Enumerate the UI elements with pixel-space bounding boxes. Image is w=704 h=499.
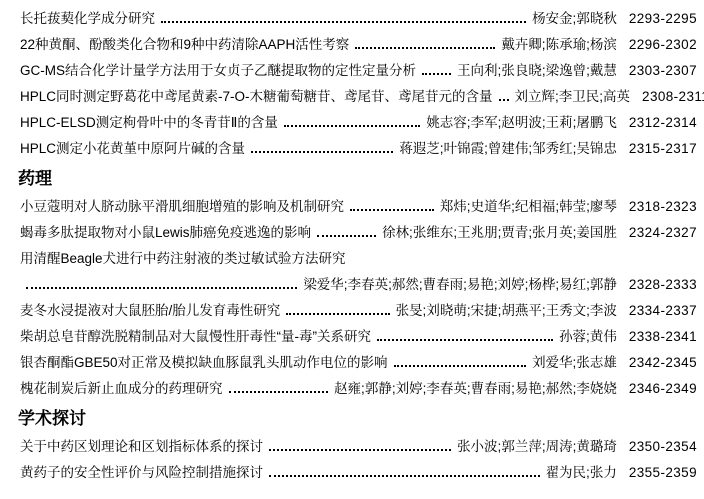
toc-entry: 小豆蔻明对人脐动脉平滑肌细胞增殖的影响及机制研究郑炜;史道华;纪相福;韩莹;廖琴… [20, 194, 697, 220]
toc-entry: HPLC同时测定野葛花中鸢尾黄素-7-O-木糖葡萄糖苷、鸢尾苷、鸢尾苷元的含量刘… [20, 84, 697, 110]
dot-leader [499, 89, 509, 101]
dot-leader [229, 381, 329, 393]
dot-leader [284, 115, 420, 127]
dot-leader [350, 199, 434, 211]
entry-authors: 张旻;刘晓萌;宋捷;胡燕平;王秀文;李波 [396, 298, 617, 324]
entry-authors: 蒋遐芝;叶锦霞;曾建伟;邹秀红;吴锦忠 [399, 136, 617, 162]
entry-pages: 2355-2359 [629, 460, 697, 486]
toc-entry: 柴胡总皂苷醇洗脱精制品对大鼠慢性肝毒性“量-毒”关系研究孙蓉;黄伟2338-23… [20, 324, 697, 350]
entry-pages: 2318-2323 [629, 194, 697, 220]
toc-entry: 蝎毒多肽提取物对小鼠Lewis肺癌免疫逃逸的影响徐林;张维东;王兆朋;贾青;张月… [20, 220, 697, 246]
entry-authors: 刘立辉;李卫民;高英 [515, 84, 631, 110]
entry-authors: 翟为民;张力 [546, 460, 617, 486]
toc-entry: 黄药子的安全性评价与风险控制措施探讨翟为民;张力2355-2359 [20, 460, 697, 486]
dot-leader [377, 329, 553, 341]
entry-title: 银杏酮酯GBE50对正常及模拟缺血豚鼠乳头肌动作电位的影响 [20, 350, 388, 376]
entry-title: 用清醒Beagle犬进行中药注射液的类过敏试验方法研究 [20, 246, 346, 272]
toc-entry: 长托菝葜化学成分研究杨安金;郭晓秋2293-2295 [20, 6, 697, 32]
entry-pages: 2296-2302 [629, 32, 697, 58]
entry-title: 柴胡总皂苷醇洗脱精制品对大鼠慢性肝毒性“量-毒”关系研究 [20, 324, 371, 350]
entry-authors: 杨安金;郭晓秋 [532, 6, 617, 32]
section-header: 学术探讨 [18, 409, 697, 429]
dot-leader [355, 37, 495, 49]
toc-entry: 22种黄酮、酚酸类化合物和9种中药清除AAPH活性考察戴卉卿;陈承瑜;杨滨229… [20, 32, 697, 58]
toc-entry: 关于中药区划理论和区划指标体系的探讨张小波;郭兰萍;周涛;黄璐琦2350-235… [20, 434, 697, 460]
dot-leader [422, 63, 451, 75]
entry-authors: 刘爱华;张志雄 [532, 350, 617, 376]
entry-title: 关于中药区划理论和区划指标体系的探讨 [20, 434, 263, 460]
entry-title: 麦冬水浸提液对大鼠胚胎/胎儿发育毒性研究 [20, 298, 280, 324]
entry-title: 小豆蔻明对人脐动脉平滑肌细胞增殖的影响及机制研究 [20, 194, 344, 220]
entry-authors: 张小波;郭兰萍;周涛;黄璐琦 [457, 434, 617, 460]
toc-entry: 梁爱华;李春英;郝然;曹春雨;易艳;刘婷;杨桦;易红;郭静2328-2333 [20, 272, 697, 298]
entry-title: HPLC测定小花黄堇中原阿片碱的含量 [20, 136, 245, 162]
entry-authors: 王向利;张良晓;梁逸曾;戴慧 [457, 58, 617, 84]
toc-entry: 用清醒Beagle犬进行中药注射液的类过敏试验方法研究 [20, 246, 697, 272]
entry-pages: 2334-2337 [629, 298, 697, 324]
entry-pages: 2346-2349 [629, 376, 697, 402]
entry-authors: 孙蓉;黄伟 [559, 324, 617, 350]
entry-authors: 赵雍;郭静;刘婷;李春英;曹春雨;易艳;郝然;李娆娆 [334, 376, 617, 402]
entry-pages: 2342-2345 [629, 350, 697, 376]
dot-leader [161, 11, 526, 23]
entry-pages: 2328-2333 [629, 272, 697, 298]
toc-entry: 银杏酮酯GBE50对正常及模拟缺血豚鼠乳头肌动作电位的影响刘爱华;张志雄2342… [20, 350, 697, 376]
dot-leader [251, 141, 393, 153]
toc-entry: 槐花制炭后新止血成分的药理研究赵雍;郭静;刘婷;李春英;曹春雨;易艳;郝然;李娆… [20, 376, 697, 402]
toc-entry: HPLC测定小花黄堇中原阿片碱的含量蒋遐芝;叶锦霞;曾建伟;邹秀红;吴锦忠231… [20, 136, 697, 162]
section-header: 药理 [18, 169, 697, 189]
entry-title: HPLC同时测定野葛花中鸢尾黄素-7-O-木糖葡萄糖苷、鸢尾苷、鸢尾苷元的含量 [20, 84, 493, 110]
entry-pages: 2312-2314 [629, 110, 697, 136]
toc-entry: HPLC-ELSD测定枸骨叶中的冬青苷Ⅱ的含量姚志容;李军;赵明波;王莉;屠鹏飞… [20, 110, 697, 136]
entry-pages: 2303-2307 [629, 58, 697, 84]
entry-authors: 梁爱华;李春英;郝然;曹春雨;易艳;刘婷;杨桦;易红;郭静 [303, 272, 617, 298]
entry-pages: 2350-2354 [629, 434, 697, 460]
dot-leader [317, 225, 376, 237]
entry-authors: 徐林;张维东;王兆朋;贾青;张月英;姜国胜 [382, 220, 617, 246]
entry-title: HPLC-ELSD测定枸骨叶中的冬青苷Ⅱ的含量 [20, 110, 278, 136]
dot-leader [26, 277, 297, 289]
toc-page: 长托菝葜化学成分研究杨安金;郭晓秋2293-229522种黄酮、酚酸类化合物和9… [0, 0, 704, 499]
entry-pages: 2308-2311 [642, 84, 704, 110]
dot-leader [286, 303, 389, 315]
entry-authors: 郑炜;史道华;纪相福;韩莹;廖琴 [440, 194, 617, 220]
toc-entry: GC-MS结合化学计量学方法用于女贞子乙醚提取物的定性定量分析王向利;张良晓;梁… [20, 58, 697, 84]
entry-pages: 2324-2327 [629, 220, 697, 246]
entry-pages: 2293-2295 [629, 6, 697, 32]
entry-title: 槐花制炭后新止血成分的药理研究 [20, 376, 223, 402]
entry-title: GC-MS结合化学计量学方法用于女贞子乙醚提取物的定性定量分析 [20, 58, 416, 84]
entry-title: 22种黄酮、酚酸类化合物和9种中药清除AAPH活性考察 [20, 32, 349, 58]
dot-leader [394, 355, 527, 367]
toc-entry: 麦冬水浸提液对大鼠胚胎/胎儿发育毒性研究张旻;刘晓萌;宋捷;胡燕平;王秀文;李波… [20, 298, 697, 324]
dot-leader [269, 465, 540, 477]
entry-title: 长托菝葜化学成分研究 [20, 6, 155, 32]
entry-title: 蝎毒多肽提取物对小鼠Lewis肺癌免疫逃逸的影响 [20, 220, 311, 246]
entry-pages: 2315-2317 [629, 136, 697, 162]
dot-leader [269, 439, 451, 451]
entry-authors: 戴卉卿;陈承瑜;杨滨 [501, 32, 617, 58]
entry-title: 黄药子的安全性评价与风险控制措施探讨 [20, 460, 263, 486]
entry-pages: 2338-2341 [629, 324, 697, 350]
entry-authors: 姚志容;李军;赵明波;王莉;屠鹏飞 [426, 110, 617, 136]
